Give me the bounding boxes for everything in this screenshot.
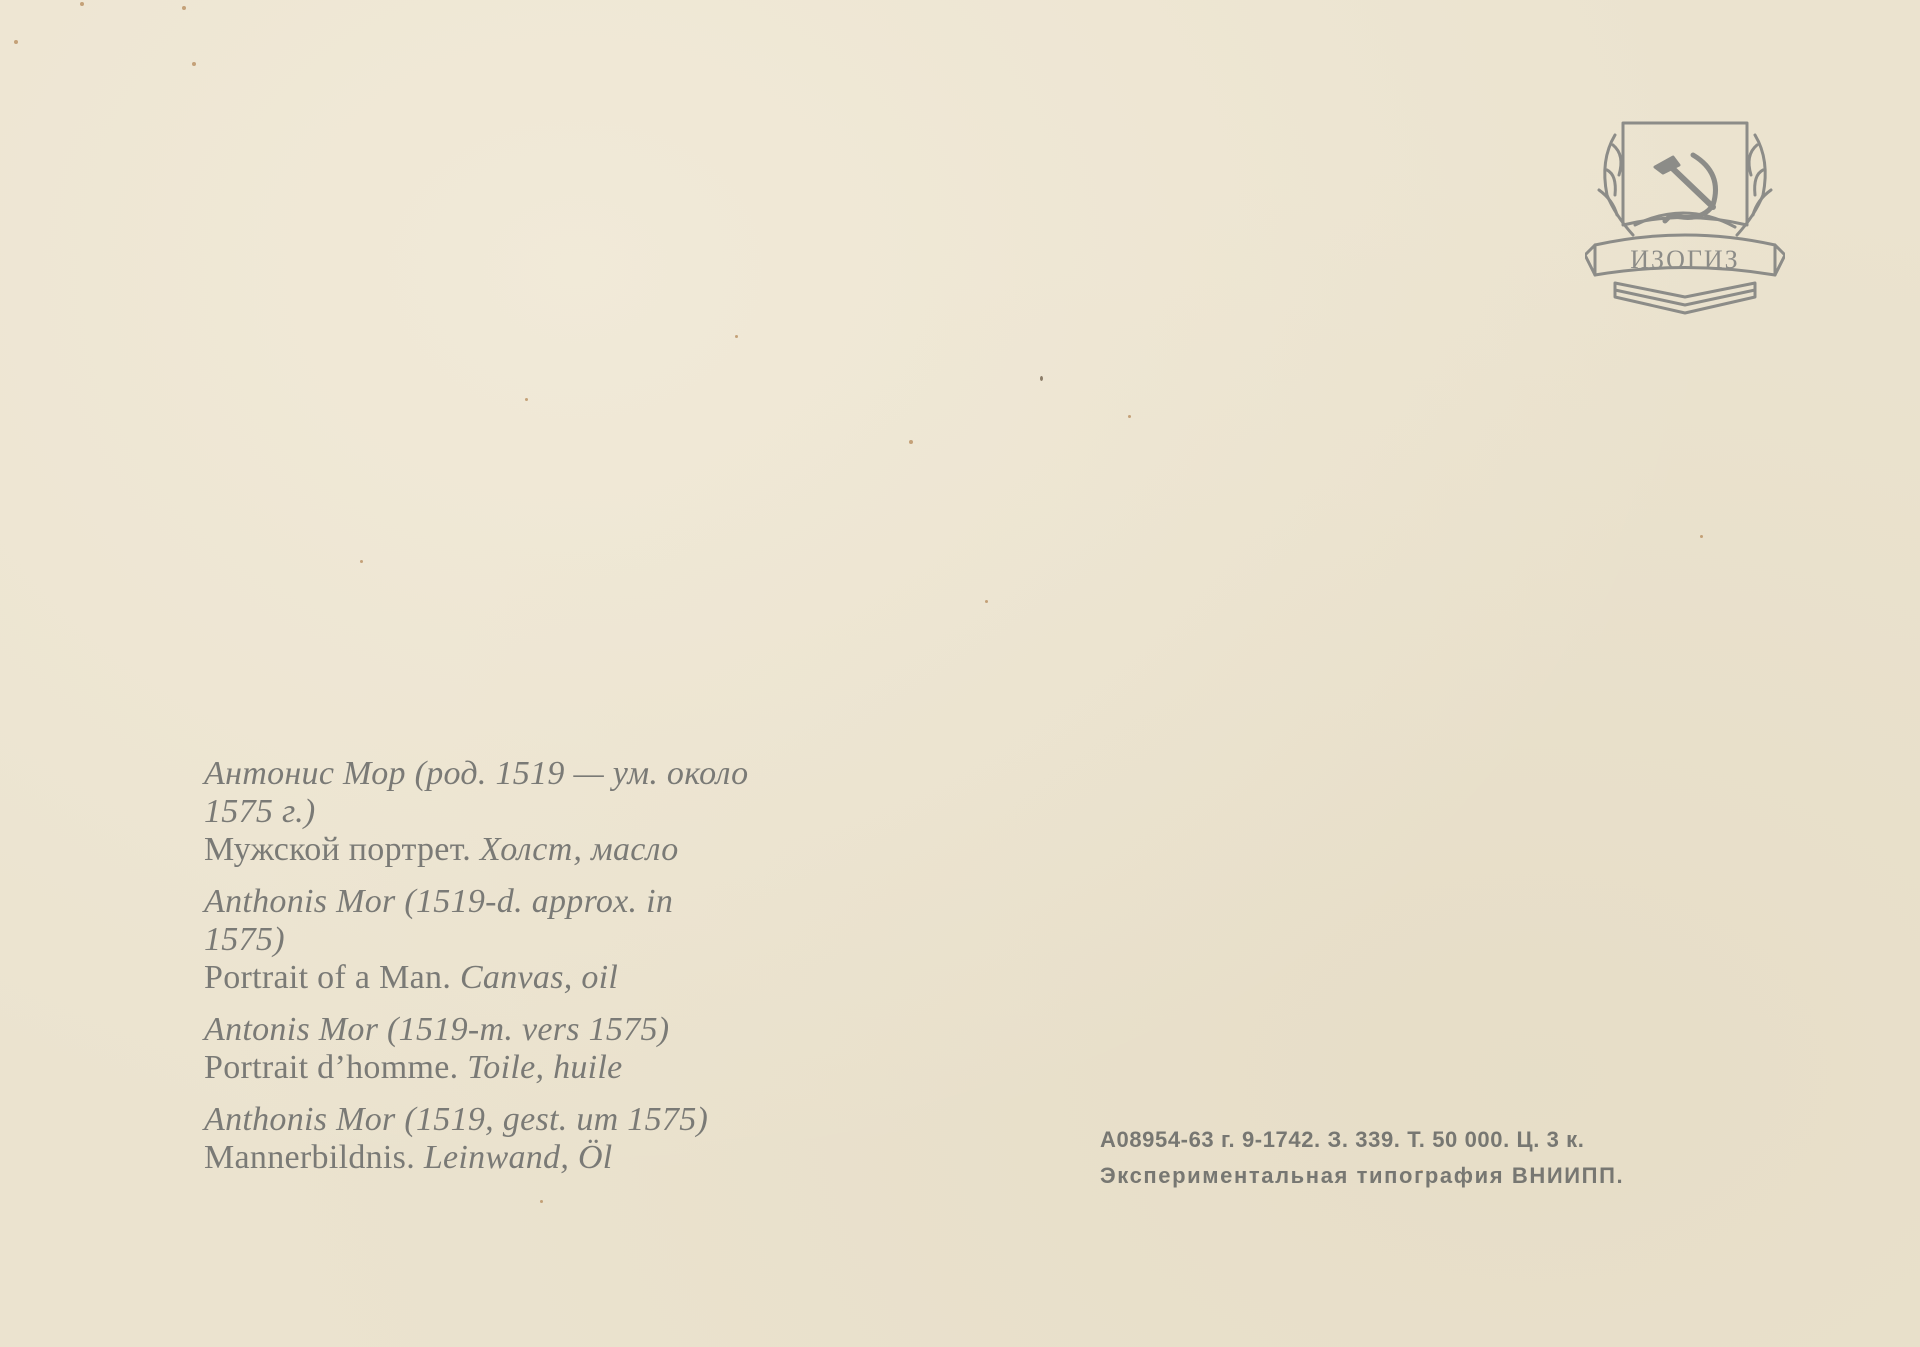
- artwork-line: Mannerbildnis. Leinwand, Öl: [204, 1139, 924, 1177]
- printer-imprint: А08954-63 г. 9-1742. З. 339. Т. 50 000. …: [1100, 1122, 1624, 1194]
- artwork-line: Portrait of a Man. Canvas, oil: [204, 959, 924, 997]
- artist-line-cont: 1575 г.): [204, 793, 924, 831]
- paper-speck: [525, 398, 528, 401]
- artist-line: Антонис Мор (род. 1519 — ум. около: [204, 755, 924, 793]
- paper-speck: [192, 62, 196, 66]
- paper-speck: [80, 2, 84, 6]
- caption-english: Anthonis Mor (1519-d. approx. in 1575) P…: [204, 883, 924, 997]
- paper-speck: [909, 440, 913, 444]
- artwork-line: Мужской портрет. Холст, масло: [204, 831, 924, 869]
- paper-speck: [14, 40, 18, 44]
- artwork-title: Portrait d’homme.: [204, 1049, 458, 1086]
- paper-speck: [985, 600, 988, 603]
- artwork-title: Mannerbildnis.: [204, 1139, 415, 1176]
- artwork-medium: Canvas, oil: [460, 959, 618, 996]
- artist-line: Anthonis Mor (1519-d. approx. in: [204, 883, 924, 921]
- paper-speck: [1700, 535, 1703, 538]
- artwork-title: Portrait of a Man.: [204, 959, 451, 996]
- artist-line: Anthonis Mor (1519, gest. um 1575): [204, 1101, 924, 1139]
- artist-line: Antonis Mor (1519-m. vers 1575): [204, 1011, 924, 1049]
- caption-russian: Антонис Мор (род. 1519 — ум. около 1575 …: [204, 755, 924, 869]
- paper-speck: [540, 1200, 543, 1203]
- izogiz-emblem-icon: ИЗОГИЗ: [1585, 115, 1785, 330]
- artist-line-cont: 1575): [204, 921, 924, 959]
- paper-speck: [1128, 415, 1131, 418]
- artwork-medium: Toile, huile: [467, 1049, 622, 1086]
- caption-french: Antonis Mor (1519-m. vers 1575) Portrait…: [204, 1011, 924, 1087]
- artwork-medium: Leinwand, Öl: [424, 1139, 613, 1176]
- paper-speck: [1040, 376, 1043, 381]
- caption-german: Anthonis Mor (1519, gest. um 1575) Manne…: [204, 1101, 924, 1177]
- artwork-title: Мужской портрет.: [204, 831, 471, 868]
- caption-block: Антонис Мор (род. 1519 — ум. около 1575 …: [204, 755, 924, 1191]
- artwork-medium: Холст, масло: [480, 831, 679, 868]
- paper-speck: [182, 6, 186, 10]
- publisher-stamp: ИЗОГИЗ: [1585, 115, 1785, 330]
- stamp-label: ИЗОГИЗ: [1630, 245, 1739, 274]
- imprint-line-1: А08954-63 г. 9-1742. З. 339. Т. 50 000. …: [1100, 1122, 1624, 1158]
- artwork-line: Portrait d’homme. Toile, huile: [204, 1049, 924, 1087]
- paper-speck: [735, 335, 738, 338]
- paper-speck: [360, 560, 363, 563]
- imprint-line-2: Экспериментальная типография ВНИИПП.: [1100, 1158, 1624, 1194]
